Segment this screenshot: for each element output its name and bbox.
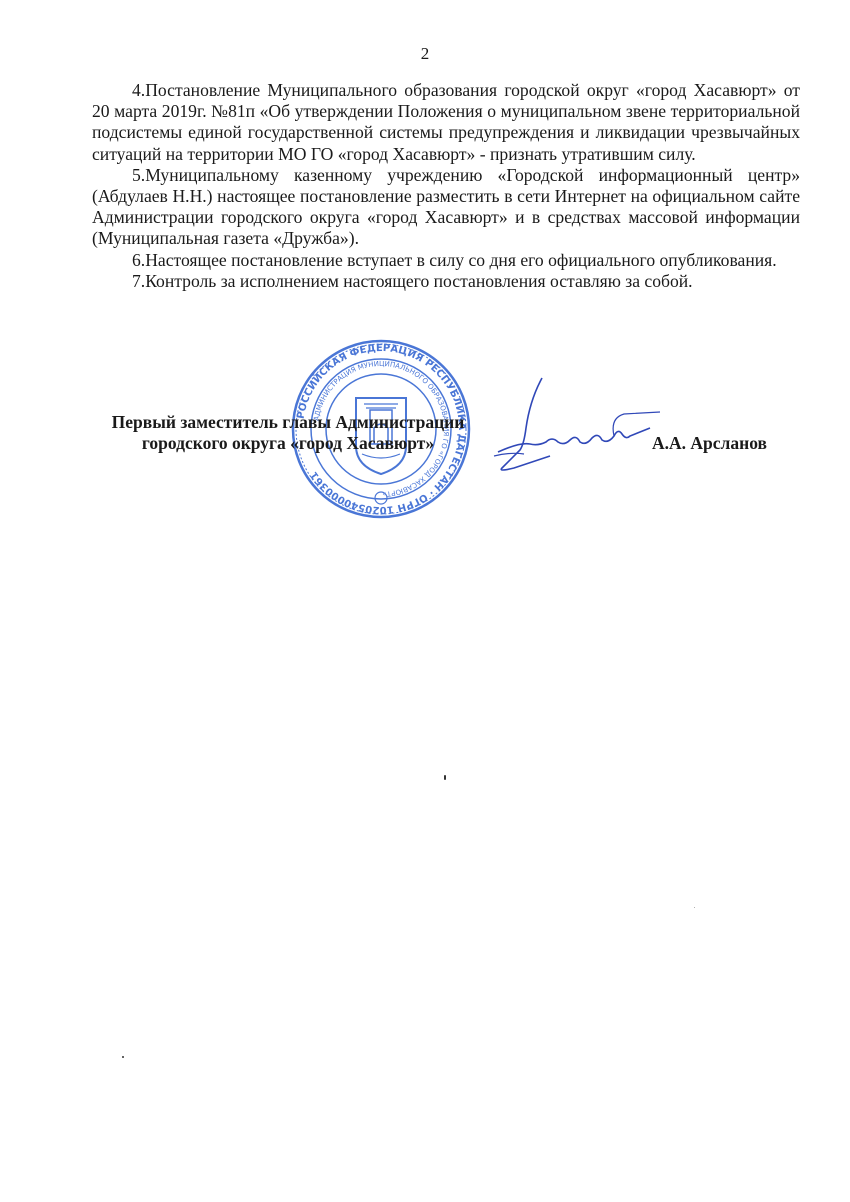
scan-speck xyxy=(694,907,695,908)
signer-title-line2: городского округа «город Хасавюрт» xyxy=(78,433,498,454)
handwritten-signature-icon xyxy=(490,370,660,480)
document-body: 4.Постановление Муниципального образован… xyxy=(92,80,800,292)
signer-title-line1: Первый заместитель главы Администрации xyxy=(78,412,498,433)
signer-name: А.А. Арсланов xyxy=(652,433,767,454)
signature-block: Первый заместитель главы Администрации г… xyxy=(78,412,798,552)
signer-title: Первый заместитель главы Администрации г… xyxy=(78,412,498,454)
paragraph-7: 7.Контроль за исполнением настоящего пос… xyxy=(92,271,800,292)
page-number: 2 xyxy=(0,44,850,64)
paragraph-4: 4.Постановление Муниципального образован… xyxy=(92,80,800,165)
paragraph-6: 6.Настоящее постановление вступает в сил… xyxy=(92,250,800,271)
paragraph-5: 5.Муниципальному казенному учреждению «Г… xyxy=(92,165,800,250)
scan-speck xyxy=(122,1056,124,1058)
scan-speck xyxy=(444,775,446,780)
